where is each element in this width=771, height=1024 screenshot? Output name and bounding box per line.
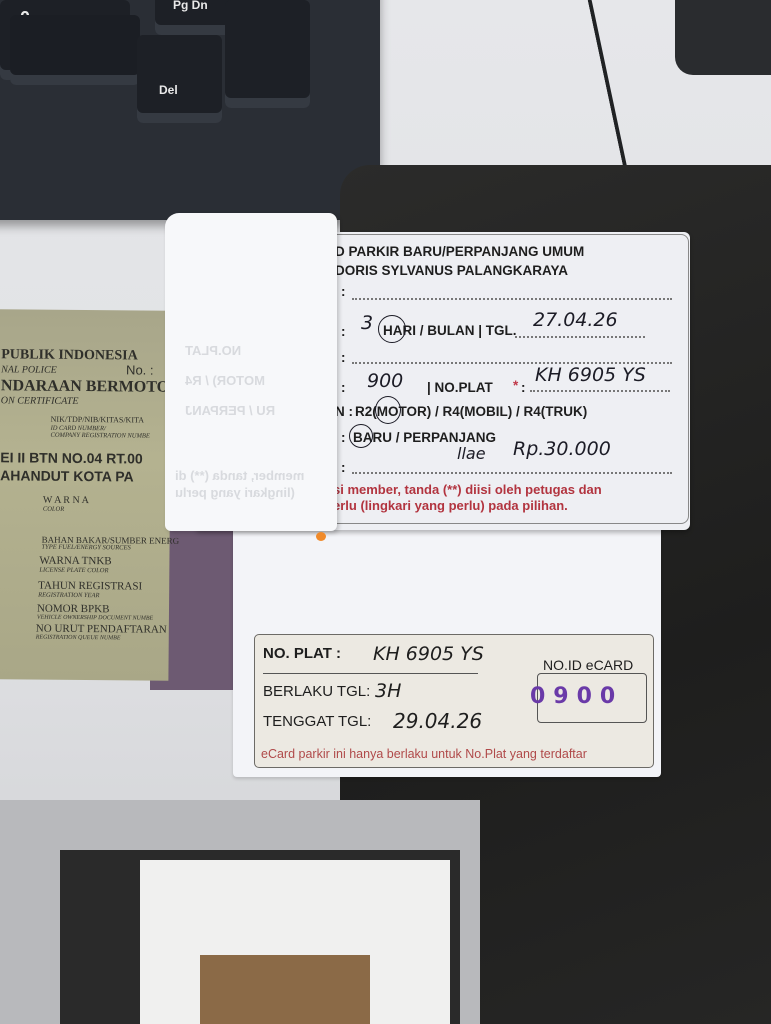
amount: Rp.30.000 bbox=[513, 438, 611, 460]
colon: : bbox=[341, 284, 346, 299]
due-label: TENGGAT TGL: bbox=[263, 713, 371, 730]
doc-line: NDARAAN BERMOTO bbox=[1, 377, 169, 396]
doc-field: WARNA TNKB bbox=[39, 555, 111, 568]
circle-mark bbox=[375, 396, 401, 424]
orange-mark bbox=[316, 532, 326, 541]
doc-field-sub: COLOR bbox=[43, 506, 64, 513]
folded-receipt-page: NO.PLAT MOTOR) / R4 RU / PERPANJ member,… bbox=[165, 213, 337, 531]
duration-value: 3 bbox=[361, 312, 373, 334]
plate-underline bbox=[263, 673, 478, 674]
id-value: 900 bbox=[367, 370, 403, 392]
colon: : bbox=[341, 460, 346, 475]
doc-field-sub: REGISTRATION QUEUE NUMBE bbox=[36, 635, 121, 642]
plate-value: KH 6905 YS bbox=[373, 643, 484, 665]
vehicle-prefix: N : bbox=[335, 404, 353, 419]
colon: : bbox=[341, 350, 346, 365]
key-del: Del bbox=[137, 35, 222, 123]
ghost-text: MOTOR) / R4 bbox=[185, 373, 265, 388]
plate-label: NO. PLAT : bbox=[263, 645, 341, 662]
doc-line: PUBLIK INDONESIA bbox=[1, 347, 138, 364]
doc-no-label: No. : bbox=[126, 362, 154, 377]
doc-line: COMPANY REGISTRATION NUMBE bbox=[50, 432, 149, 440]
colon: : bbox=[521, 380, 526, 395]
ghost-text: member, tanda (**) di bbox=[175, 468, 304, 483]
doc-field-sub: TYPE FUEL/ENERGY SOURCES bbox=[42, 544, 131, 552]
colon: : bbox=[341, 324, 346, 339]
handwritten-note: llae bbox=[457, 444, 486, 463]
doc-line: NAL POLICE bbox=[1, 364, 57, 375]
keyboard: 0 Pg Dn Del bbox=[0, 0, 380, 220]
vehicle-registration-document: PUBLIK INDONESIA NAL POLICE No. : NDARAA… bbox=[0, 309, 172, 681]
doc-address: EI II BTN NO.04 RT.00 bbox=[0, 449, 143, 466]
key-enter bbox=[225, 0, 310, 108]
key-blank bbox=[10, 15, 140, 85]
doc-line: NIK/TDP/NIB/KITAS/KITA bbox=[51, 415, 144, 425]
key-label: Pg Dn bbox=[173, 0, 208, 12]
circle-mark bbox=[378, 315, 406, 343]
circle-mark bbox=[349, 424, 373, 448]
required-mark: * bbox=[513, 378, 518, 393]
id-stamp: 0900 bbox=[530, 684, 623, 709]
doc-field-sub: LICENSE PLATE COLOR bbox=[39, 567, 108, 575]
ghost-text: (lingkari yang perlu bbox=[175, 485, 295, 500]
key-label: Del bbox=[159, 83, 178, 97]
doc-field: NOMOR BPKB bbox=[37, 603, 110, 616]
dotted-line bbox=[352, 298, 672, 300]
start-date: 27.04.26 bbox=[533, 309, 618, 331]
ecard-sticker: NO. PLAT : KH 6905 YS BERLAKU TGL: 3H TE… bbox=[254, 634, 654, 768]
doc-field-sub: VEHICLE OWNERSHIP DOCUMENT NUMBE bbox=[37, 615, 153, 622]
due-value: 29.04.26 bbox=[393, 709, 482, 733]
dark-device bbox=[675, 0, 771, 75]
doc-field-sub: REGISTRATION YEAR bbox=[38, 592, 99, 600]
dotted-line bbox=[530, 390, 670, 392]
receipt-header: D PARKIR BARU/PERPANJANG UMUM bbox=[335, 244, 584, 259]
doc-line: ON CERTIFICATE bbox=[1, 395, 79, 407]
doc-field: TAHUN REGISTRASI bbox=[38, 580, 142, 593]
cardboard-box bbox=[200, 955, 370, 1024]
footnote: erlu (lingkari yang perlu) pada pilihan. bbox=[333, 498, 568, 513]
doc-field: W A R N A bbox=[43, 495, 89, 506]
id-box: 0900 bbox=[537, 673, 647, 723]
colon: : bbox=[341, 430, 346, 445]
doc-address: AHANDUT KOTA PA bbox=[0, 467, 134, 484]
footnote: si member, tanda (**) diisi oleh petugas… bbox=[333, 482, 602, 497]
plate-label: | NO.PLAT bbox=[427, 380, 493, 395]
receipt-header: DORIS SYLVANUS PALANGKARAYA bbox=[335, 263, 568, 278]
dotted-line bbox=[515, 336, 645, 338]
doc-field: NO URUT PENDAFTARAN bbox=[36, 623, 167, 636]
type-options: BARU / PERPANJANG bbox=[353, 430, 496, 445]
ghost-text: RU / PERPANJ bbox=[185, 403, 275, 418]
ghost-text: NO.PLAT bbox=[185, 343, 241, 358]
key-pgdn: Pg Dn bbox=[155, 0, 235, 35]
ecard-note: eCard parkir ini hanya berlaku untuk No.… bbox=[261, 747, 587, 761]
valid-value: 3H bbox=[375, 680, 401, 702]
colon: : bbox=[341, 380, 346, 395]
id-label: NO.ID eCARD bbox=[543, 657, 633, 673]
dotted-line bbox=[352, 472, 672, 474]
valid-label: BERLAKU TGL: bbox=[263, 683, 370, 700]
plate-value: KH 6905 YS bbox=[535, 364, 646, 386]
